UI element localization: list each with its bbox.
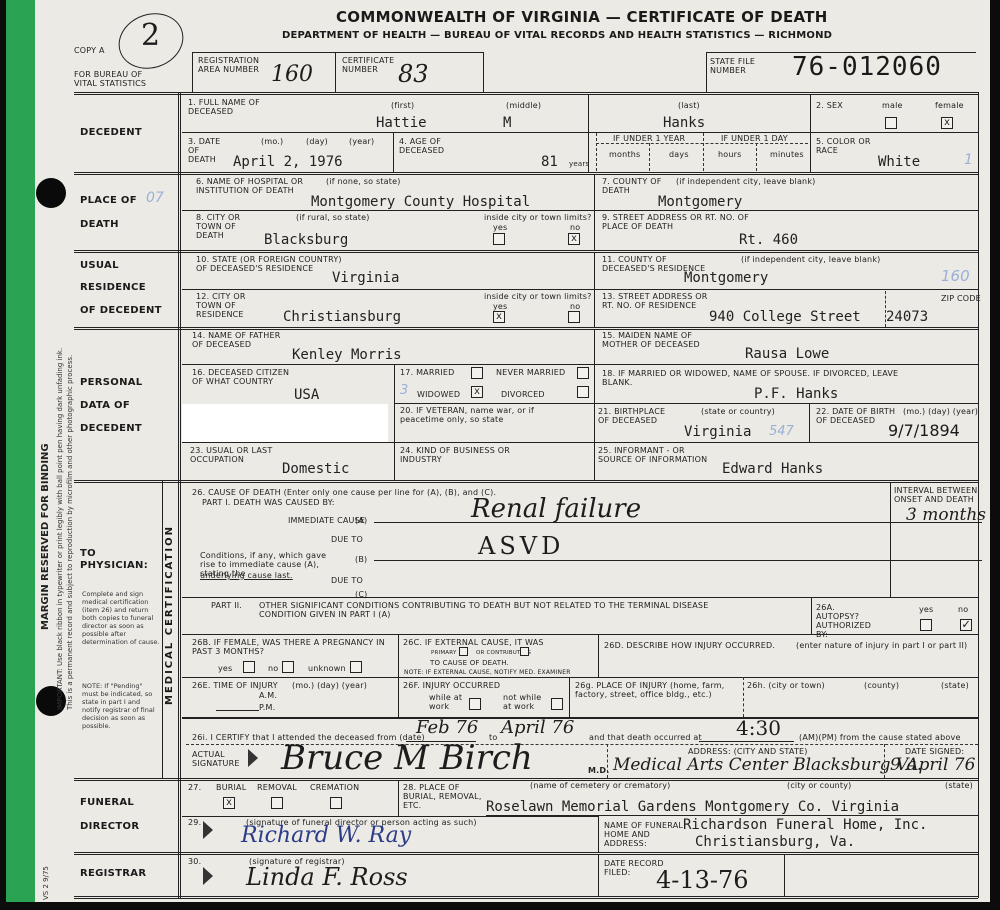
- date-filed-value: 4-13-76: [656, 866, 749, 894]
- registrar-signature: Linda F. Ross: [246, 863, 408, 891]
- spouse-value: P.F. Hanks: [754, 386, 838, 402]
- autopsy-no-label: no: [958, 605, 968, 614]
- race-value: White: [878, 154, 920, 170]
- dod-year-label: (year): [349, 137, 374, 146]
- registration-area-label: REGISTRATION AREA NUMBER: [198, 56, 278, 74]
- cause-b-value: ASVD: [478, 532, 564, 560]
- residence-state-value: Virginia: [332, 270, 399, 286]
- redacted-field: [182, 404, 388, 442]
- funeral-director-label: 29.: [188, 818, 201, 827]
- time-of-injury-label: 26e. TIME OF INJURY: [192, 681, 278, 690]
- copy-number: 2: [141, 18, 160, 53]
- pregnancy-no-checkbox[interactable]: [282, 661, 294, 673]
- copy-label: COPY A: [74, 46, 105, 55]
- director-arrow-icon: [203, 821, 213, 839]
- interval-a-value: 3 months: [906, 505, 986, 525]
- residence-street-value: 940 College Street: [709, 309, 861, 325]
- attended-to-value: April 76: [501, 717, 574, 738]
- autopsy-yes-checkbox[interactable]: [920, 619, 932, 631]
- dod-mo-label: (mo.): [261, 137, 283, 146]
- cremation-checkbox[interactable]: [330, 797, 342, 809]
- date-of-death: April 2, 1976: [233, 154, 343, 170]
- death-time-value: 4:30: [736, 716, 781, 740]
- funeral-director-signature: Richard W. Ray: [241, 823, 411, 848]
- residence-city-label: 12. CITY OR TOWN OF RESIDENCE: [196, 292, 266, 319]
- not-while-at-work-checkbox[interactable]: [551, 698, 563, 710]
- residence-limits-no-checkbox[interactable]: [568, 311, 580, 323]
- injury-city-label: 26h. (city or town): [747, 681, 825, 690]
- days-label: days: [669, 150, 689, 159]
- birthplace-label: 21. BIRTHPLACE OF DECEASED: [598, 407, 673, 425]
- binding-note: MARGIN RESERVED FOR BINDING: [40, 443, 51, 630]
- residence-limits-no-label: no: [570, 302, 580, 311]
- full-name-label: 1. FULL NAME OF DECEASED: [188, 98, 278, 116]
- while-at-work-label: while at work: [429, 693, 465, 711]
- hours-label: hours: [718, 150, 742, 159]
- middle-name: M: [503, 115, 511, 131]
- cremation-label: CREMATION: [310, 783, 359, 792]
- signature-arrow-icon: [248, 749, 258, 767]
- death-limits-yes-label: yes: [493, 223, 507, 232]
- pending-note: NOTE: If "Pending" must be indicated, so…: [82, 682, 160, 730]
- dob-hint: (mo.) (day) (year): [903, 407, 978, 416]
- injury-state-label: (state): [941, 681, 969, 690]
- city-of-death-value: Blacksburg: [264, 232, 348, 248]
- spouse-label: 18. IF MARRIED OR WIDOWED, NAME OF SPOUS…: [602, 369, 902, 387]
- section-death: DEATH: [80, 219, 119, 230]
- zip-value: 24073: [886, 309, 928, 325]
- never-married-label: NEVER MARRIED: [496, 368, 565, 377]
- part-2-label: PART II.: [211, 601, 242, 610]
- city-of-death-hint: (if rural, so state): [296, 213, 370, 222]
- years-label: years: [569, 160, 589, 169]
- residence-county-pencil-code: 160: [941, 267, 970, 285]
- certificate-number-label: CERTIFICATE NUMBER: [342, 56, 402, 74]
- burial-label: BURIAL: [216, 783, 246, 792]
- funeral-home-address: Christiansburg, Va.: [695, 834, 855, 850]
- first-label: (first): [391, 101, 414, 110]
- contributing-checkbox[interactable]: [520, 647, 529, 656]
- residence-county-value: Montgomery: [684, 270, 768, 286]
- birthplace-pencil-code: 547: [769, 424, 794, 439]
- dob-label: 22. DATE OF BIRTH OF DECEASED: [816, 407, 896, 425]
- place-of-injury-label: 26g. PLACE OF INJURY (home, farm, factor…: [575, 681, 743, 699]
- last-name: Hanks: [663, 115, 705, 131]
- male-label: male: [882, 101, 903, 110]
- race-pencil-code: 1: [964, 152, 973, 168]
- removal-label: REMOVAL: [257, 783, 297, 792]
- section-personal: PERSONAL: [80, 377, 142, 388]
- injury-how-hint: (enter nature of injury in part I or par…: [796, 641, 967, 650]
- bureau-label: FOR BUREAU OF VITAL STATISTICS: [74, 70, 164, 88]
- burial-checkbox[interactable]: x: [223, 797, 235, 809]
- informant-value: Edward Hanks: [722, 461, 823, 477]
- attended-from-value: Feb 76: [416, 717, 478, 738]
- city-county-hint: (city or county): [787, 781, 852, 790]
- section-residence: RESIDENCE: [80, 282, 146, 293]
- hospital-value: Montgomery County Hospital: [311, 194, 530, 210]
- burial-state-hint: (state): [945, 781, 973, 790]
- part-1-label: PART I. DEATH WAS CAUSED BY:: [202, 498, 335, 507]
- date-of-death-label: 3. DATE OF DEATH: [188, 137, 228, 164]
- certificate-title: COMMONWEALTH OF VIRGINIA — CERTIFICATE O…: [336, 8, 828, 26]
- residence-city-value: Christiansburg: [283, 309, 401, 325]
- female-checkbox[interactable]: x: [941, 117, 953, 129]
- death-limits-yes-checkbox[interactable]: [493, 233, 505, 245]
- dod-day-label: (day): [306, 137, 328, 146]
- am-pm-label: (AM)(PM) from the cause stated above: [799, 733, 961, 742]
- date-signed-value: 9 April 76: [890, 755, 975, 775]
- immediate-cause-label: IMMEDIATE CAUSE: [288, 516, 365, 525]
- physician-signature: Bruce M Birch: [281, 738, 533, 778]
- sex-label: 2. SEX: [816, 101, 843, 110]
- am-label: A.M.: [259, 691, 277, 700]
- registration-area-value: 160: [271, 62, 313, 87]
- minutes-label: minutes: [770, 150, 804, 159]
- medical-certification-label: MEDICAL CERTIFICATION: [164, 525, 175, 705]
- part-2-text: OTHER SIGNIFICANT CONDITIONS CONTRIBUTIN…: [259, 601, 729, 619]
- hospital-hint: (if none, so state): [326, 177, 401, 186]
- under-year-label: IF UNDER 1 YEAR: [613, 134, 685, 143]
- mother-label: 15. MAIDEN NAME OF MOTHER OF DECEASED: [602, 331, 702, 349]
- last-label: (last): [678, 101, 700, 110]
- due-to-c-label: DUE TO: [331, 576, 363, 585]
- injury-occurred-label: 26f. INJURY OCCURRED: [403, 681, 500, 690]
- residence-limits-yes-checkbox[interactable]: x: [493, 311, 505, 323]
- veteran-label: 20. IF VETERAN, name war, or if peacetim…: [400, 406, 550, 424]
- section-place-of-death: PLACE OF: [80, 195, 137, 206]
- section-usual: USUAL: [80, 260, 119, 271]
- city-of-death-label: 8. CITY OR TOWN OF DEATH: [196, 213, 266, 240]
- death-street-value: Rt. 460: [739, 232, 798, 248]
- occupation-label: 23. USUAL OR LAST OCCUPATION: [190, 446, 280, 464]
- registrar-number-label: 30.: [188, 857, 201, 866]
- section-director: DIRECTOR: [80, 821, 139, 832]
- funeral-home-name: Richardson Funeral Home, Inc.: [683, 817, 927, 833]
- race-label: 5. COLOR OR RACE: [816, 137, 876, 155]
- interval-label: INTERVAL BETWEEN ONSET AND DEATH: [894, 486, 984, 504]
- death-limits-no-label: no: [570, 223, 580, 232]
- binding-margin-stripe: [6, 0, 35, 902]
- place-of-burial-value: Roselawn Memorial Gardens Montgomery Co.…: [486, 799, 899, 815]
- zip-label: ZIP CODE: [941, 294, 981, 303]
- pregnancy-no-label: no: [268, 664, 278, 673]
- residence-county-hint: (if independent city, leave blank): [741, 255, 880, 264]
- occupation-value: Domestic: [282, 461, 349, 477]
- autopsy-no-checkbox[interactable]: ✓: [960, 619, 972, 631]
- never-married-checkbox[interactable]: [577, 367, 589, 379]
- primary-checkbox[interactable]: [459, 647, 468, 656]
- father-value: Kenley Morris: [292, 347, 402, 363]
- county-of-death-hint: (if independent city, leave blank): [676, 177, 815, 186]
- citizen-value: USA: [294, 387, 319, 403]
- cause-a-label: (A): [355, 516, 367, 525]
- place-of-burial-label: 28. PLACE OF BURIAL, REMOVAL, ETC.: [403, 783, 483, 810]
- section-physician: PHYSICIAN:: [80, 560, 148, 571]
- married-checkbox[interactable]: [471, 367, 483, 379]
- physician-address: Medical Arts Center Blacksburg Va.: [613, 755, 922, 775]
- external-cause-label: 26c. IF EXTERNAL CAUSE, IT WAS: [403, 638, 544, 647]
- removal-checkbox[interactable]: [271, 797, 283, 809]
- form-code: VS 2 9/75: [42, 866, 50, 900]
- widowed-label: WIDOWED: [417, 390, 460, 399]
- section-to: TO: [80, 548, 96, 559]
- physician-instructions: Complete and sign medical certification …: [82, 590, 160, 646]
- certificate-number-value: 83: [398, 60, 429, 88]
- section-decedent-2: DECEDENT: [80, 423, 142, 434]
- primary-label: PRIMARY: [431, 649, 457, 658]
- injury-county-label: (county): [864, 681, 899, 690]
- underlying-cause-label: underlying cause last.: [200, 571, 293, 580]
- actual-signature-label: ACTUAL SIGNATURE: [192, 750, 247, 768]
- death-occurred-label: and that death occurred at: [589, 733, 702, 742]
- first-name: Hattie: [376, 115, 427, 131]
- birthplace-hint: (state or country): [701, 407, 775, 416]
- hospital-label: 6. NAME OF HOSPITAL OR INSTITUTION OF DE…: [196, 177, 316, 195]
- age-label: 4. AGE OF DECEASED: [399, 137, 459, 155]
- autopsy-yes-label: yes: [919, 605, 933, 614]
- cause-b-label: (B): [355, 555, 367, 564]
- county-of-death-value: Montgomery: [658, 194, 742, 210]
- mother-value: Rausa Lowe: [745, 346, 829, 362]
- citizen-label: 16. DECEASED CITIZEN OF WHAT COUNTRY: [192, 368, 292, 386]
- death-limits-label: inside city or town limits?: [484, 213, 592, 222]
- state-file-value: 76-012060: [792, 52, 942, 82]
- married-label: 17. MARRIED: [400, 368, 455, 377]
- section-funeral: FUNERAL: [80, 797, 134, 808]
- pregnancy-unknown-label: unknown: [308, 664, 346, 673]
- section-registrar: REGISTRAR: [80, 868, 146, 879]
- due-to-b-label: DUE TO: [331, 535, 363, 544]
- place-of-death-pencil-code: 07: [146, 190, 164, 206]
- middle-label: (middle): [506, 101, 541, 110]
- male-checkbox[interactable]: [885, 117, 897, 129]
- department-subtitle: DEPARTMENT OF HEALTH — BUREAU OF VITAL R…: [282, 30, 832, 41]
- divorced-checkbox[interactable]: [577, 386, 589, 398]
- father-label: 14. NAME OF FATHER OF DECEASED: [192, 331, 282, 349]
- not-while-at-work-label: not while at work: [503, 693, 548, 711]
- residence-state-label: 10. STATE (OR FOREIGN COUNTRY) OF DECEAS…: [196, 255, 346, 273]
- pregnancy-yes-checkbox[interactable]: [243, 661, 255, 673]
- divorced-label: DIVORCED: [501, 390, 545, 399]
- months-label: months: [609, 150, 640, 159]
- section-data-of: DATA OF: [80, 400, 130, 411]
- pregnancy-unknown-checkbox[interactable]: [350, 661, 362, 673]
- female-label: female: [935, 101, 964, 110]
- death-street-label: 9. STREET ADDRESS OR RT. NO. OF PLACE OF…: [602, 213, 752, 231]
- pregnancy-label: 26b. IF FEMALE, WAS THERE A PREGNANCY IN…: [192, 638, 392, 656]
- county-of-death-label: 7. COUNTY OF DEATH: [602, 177, 662, 195]
- residence-limits-yes-label: yes: [493, 302, 507, 311]
- death-certificate: MARGIN RESERVED FOR BINDING IMPORTANT: U…: [6, 0, 990, 902]
- cause-a-value: Renal failure: [471, 494, 641, 524]
- death-limits-no-checkbox[interactable]: x: [568, 233, 580, 245]
- section-of-decedent: OF DECEDENT: [80, 305, 162, 316]
- injury-how-label: 26d. DESCRIBE HOW INJURY OCCURRED.: [604, 641, 775, 650]
- disposition-label: 27.: [188, 783, 201, 792]
- registrar-arrow-icon: [203, 867, 213, 885]
- widowed-checkbox[interactable]: x: [471, 386, 483, 398]
- informant-label: 25. INFORMANT - OR SOURCE OF INFORMATION: [598, 446, 718, 464]
- business-label: 24. KIND OF BUSINESS OR INDUSTRY: [400, 446, 510, 464]
- dob-value: 9/7/1894: [888, 421, 960, 440]
- birthplace-value: Virginia: [684, 424, 751, 440]
- time-of-injury-hint: (mo.) (day) (year): [292, 681, 367, 690]
- important-note-2: This is a permanent record and subject t…: [66, 355, 74, 710]
- important-note-1: IMPORTANT: Use black ribbon in typewrite…: [56, 348, 64, 710]
- state-file-label: STATE FILE NUMBER: [710, 57, 770, 75]
- marital-pencil-code: 3: [400, 383, 408, 398]
- funeral-home-label: NAME OF FUNERAL HOME AND ADDRESS:: [604, 821, 684, 848]
- under-day-label: IF UNDER 1 DAY: [721, 134, 788, 143]
- age-value: 81: [541, 154, 558, 170]
- while-at-work-checkbox[interactable]: [469, 698, 481, 710]
- punch-hole-top: [36, 178, 66, 208]
- pm-label: P.M.: [259, 703, 275, 712]
- section-decedent: DECEDENT: [80, 127, 142, 138]
- residence-street-label: 13. STREET ADDRESS OR RT. NO. OF RESIDEN…: [602, 292, 712, 310]
- external-note: NOTE: IF EXTERNAL CAUSE, NOTIFY MED. EXA…: [404, 668, 571, 677]
- pregnancy-yes-label: yes: [218, 664, 232, 673]
- cemetery-hint: (name of cemetery or crematory): [530, 781, 671, 790]
- residence-limits-label: inside city or town limits?: [484, 292, 592, 301]
- to-cause-label: TO CAUSE OF DEATH.: [430, 659, 509, 668]
